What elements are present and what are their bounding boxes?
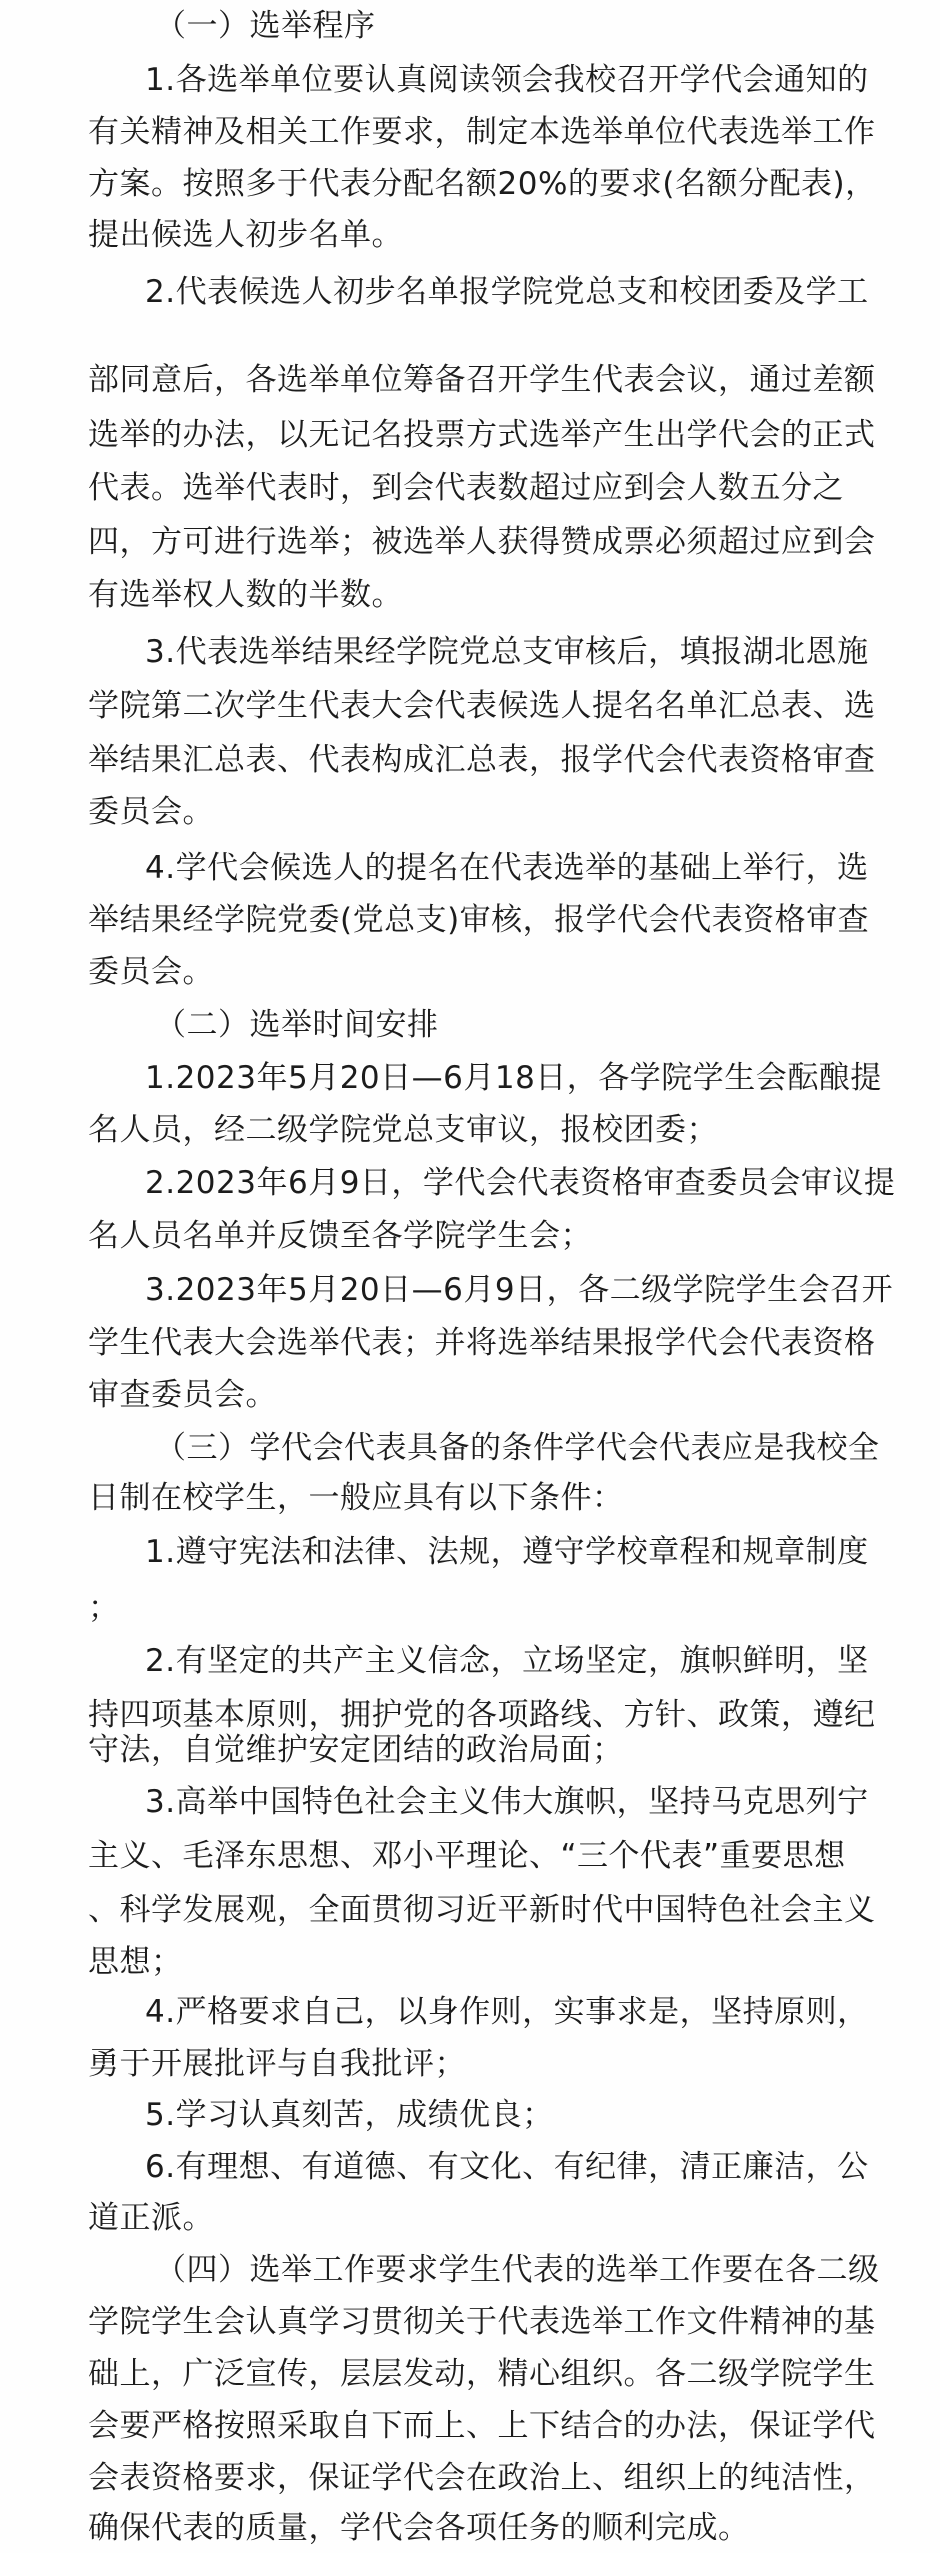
paragraph-line: 思想； bbox=[88, 1942, 868, 1982]
paragraph-line: 3.高举中国特色社会主义伟大旗帜，坚持马克思列宁 bbox=[145, 1782, 925, 1822]
paragraph-line: 6.有理想、有道德、有文化、有纪律，清正廉洁，公 bbox=[145, 2147, 925, 2187]
paragraph-line: 代表。选举代表时，到会代表数超过应到会人数五分之 bbox=[88, 468, 868, 508]
paragraph-line: 学生代表大会选举代表；并将选举结果报学代会代表资格 bbox=[88, 1323, 868, 1363]
paragraph-line: 4.严格要求自己，以身作则，实事求是，坚持原则， bbox=[145, 1992, 925, 2032]
paragraph-line: 部同意后，各选举单位筹备召开学生代表会议，通过差额 bbox=[88, 360, 868, 400]
paragraph-line: 5.学习认真刻苦，成绩优良； bbox=[145, 2095, 925, 2135]
paragraph-line: 4.学代会候选人的提名在代表选举的基础上举行，选 bbox=[145, 848, 925, 888]
paragraph-line: 持四项基本原则，拥护党的各项路线、方针、政策，遵纪 bbox=[88, 1695, 868, 1735]
section-heading-2: （二）选举时间安排 bbox=[155, 1005, 935, 1045]
paragraph-line: 2.有坚定的共产主义信念，立场坚定，旗帜鲜明，坚 bbox=[145, 1641, 925, 1681]
paragraph-line: 有选举权人数的半数。 bbox=[88, 575, 868, 615]
paragraph-line: 2.代表候选人初步名单报学院党总支和校团委及学工 bbox=[145, 272, 925, 312]
paragraph-line: 3.代表选举结果经学院党总支审核后，填报湖北恩施 bbox=[145, 632, 925, 672]
paragraph-line: ； bbox=[88, 1588, 868, 1628]
section-heading-1: （一）选举程序 bbox=[155, 6, 935, 46]
paragraph-line: 有关精神及相关工作要求，制定本选举单位代表选举工作 bbox=[88, 112, 868, 152]
paragraph-line: 学院第二次学生代表大会代表候选人提名名单汇总表、选 bbox=[88, 686, 868, 726]
paragraph-line: 1.2023年5月20日—6月18日，各学院学生会酝酿提 bbox=[145, 1058, 925, 1098]
paragraph-line: 确保代表的质量，学代会各项任务的顺利完成。 bbox=[88, 2508, 868, 2548]
document-page: （一）选举程序 1.各选举单位要认真阅读领会我校召开学代会通知的 有关精神及相关… bbox=[0, 0, 940, 2553]
paragraph-line: 委员会。 bbox=[88, 792, 868, 832]
paragraph-line: 名人员名单并反馈至各学院学生会； bbox=[88, 1216, 868, 1256]
paragraph-line: 3.2023年5月20日—6月9日，各二级学院学生会召开 bbox=[145, 1270, 925, 1310]
paragraph-line: 勇于开展批评与自我批评； bbox=[88, 2044, 868, 2084]
paragraph-line: 选举的办法，以无记名投票方式选举产生出学代会的正式 bbox=[88, 415, 868, 455]
paragraph-line: 举结果经学院党委(党总支)审核，报学代会代表资格审查 bbox=[88, 900, 868, 940]
paragraph-line: 举结果汇总表、代表构成汇总表，报学代会代表资格审查 bbox=[88, 740, 868, 780]
paragraph-line: 名人员，经二级学院党总支审议，报校团委； bbox=[88, 1110, 868, 1150]
section-heading-4: （四）选举工作要求学生代表的选举工作要在各二级 bbox=[155, 2250, 935, 2290]
paragraph-line: 日制在校学生，一般应具有以下条件： bbox=[88, 1478, 868, 1518]
paragraph-line: 提出候选人初步名单。 bbox=[88, 215, 868, 255]
paragraph-line: 守法，自觉维护安定团结的政治局面； bbox=[88, 1730, 868, 1770]
paragraph-line: 会表资格要求，保证学代会在政治上、组织上的纯洁性， bbox=[88, 2458, 868, 2498]
paragraph-line: 会要严格按照采取自下而上、上下结合的办法，保证学代 bbox=[88, 2406, 868, 2446]
paragraph-line: 2.2023年6月9日，学代会代表资格审查委员会审议提 bbox=[145, 1163, 925, 1203]
section-heading-3: （三）学代会代表具备的条件学代会代表应是我校全 bbox=[155, 1428, 935, 1468]
paragraph-line: 学院学生会认真学习贯彻关于代表选举工作文件精神的基 bbox=[88, 2302, 868, 2342]
paragraph-line: 审查委员会。 bbox=[88, 1375, 868, 1415]
paragraph-line: 四，方可进行选举；被选举人获得赞成票必须超过应到会 bbox=[88, 522, 868, 562]
paragraph-line: 1.各选举单位要认真阅读领会我校召开学代会通知的 bbox=[145, 60, 925, 100]
paragraph-line: 委员会。 bbox=[88, 952, 868, 992]
paragraph-line: 1.遵守宪法和法律、法规，遵守学校章程和规章制度 bbox=[145, 1532, 925, 1572]
paragraph-line: 主义、毛泽东思想、邓小平理论、“三个代表”重要思想 bbox=[88, 1836, 868, 1876]
paragraph-line: 方案。按照多于代表分配名额20%的要求(名额分配表)， bbox=[88, 164, 868, 204]
paragraph-line: 道正派。 bbox=[88, 2198, 868, 2238]
paragraph-line: 础上，广泛宣传，层层发动，精心组织。各二级学院学生 bbox=[88, 2354, 868, 2394]
paragraph-line: 、科学发展观，全面贯彻习近平新时代中国特色社会主义 bbox=[88, 1890, 868, 1930]
